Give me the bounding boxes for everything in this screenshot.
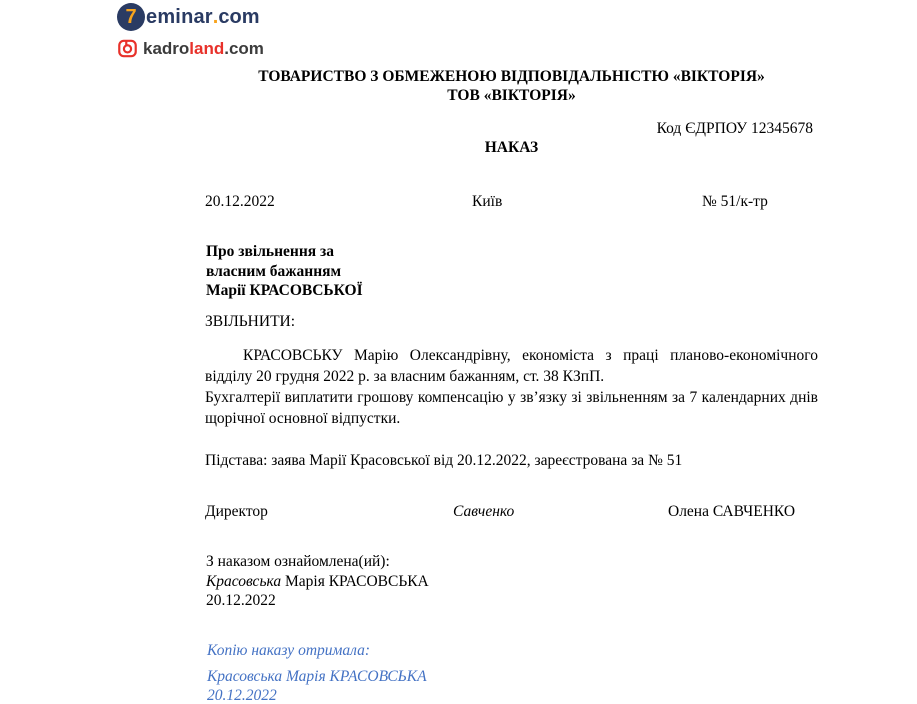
copy-receipt-name: Красовська Марія КРАСОВСЬКА	[207, 667, 427, 686]
kadroland-kadro: kadro	[143, 39, 189, 58]
signer-position: Директор	[205, 503, 268, 520]
signature-script: Савченко	[453, 502, 514, 521]
body-paragraph: Бухгалтерії виплатити грошову компенсаці…	[205, 387, 818, 429]
subject-line: Про звільнення за	[206, 242, 363, 262]
edrpou-code: Код ЄДРПОУ 12345678	[205, 119, 813, 138]
date-city-number-row: 20.12.2022 Київ № 51/к-тр	[205, 192, 818, 212]
acknowledgment-block: З наказом ознайомлена(ий): Красовська Ма…	[206, 552, 429, 611]
acknowledgment-signature-script: Красовська	[206, 573, 281, 590]
order-subject: Про звільнення за власним бажанням Марії…	[206, 242, 363, 301]
kadroland-dotcom: .com	[224, 39, 264, 58]
acknowledgment-label: З наказом ознайомлена(ий):	[206, 552, 429, 572]
company-full-name: ТОВАРИСТВО З ОБМЕЖЕНОЮ ВІДПОВІДАЛЬНІСТЮ …	[205, 67, 818, 86]
acknowledgment-date: 20.12.2022	[206, 591, 429, 611]
document-title: НАКАЗ	[205, 138, 818, 157]
order-city: Київ	[472, 192, 502, 211]
kadroland-land: land	[189, 39, 224, 58]
basis-line: Підстава: заява Марії Красовської від 20…	[205, 451, 682, 470]
subject-line: Марії КРАСОВСЬКОЇ	[206, 281, 363, 301]
acknowledgment-name-line: Красовська Марія КРАСОВСЬКА	[206, 572, 429, 592]
company-heading: ТОВАРИСТВО З ОБМЕЖЕНОЮ ВІДПОВІДАЛЬНІСТЮ …	[205, 67, 818, 105]
kadroland-logo-text: kadroland.com	[143, 39, 264, 59]
copy-receipt-block: Красовська Марія КРАСОВСЬКА 20.12.2022	[207, 667, 427, 704]
seminar-7-badge-icon: 7	[117, 3, 145, 31]
order-body: КРАСОВСЬКУ Марію Олександрівну, економіс…	[205, 345, 818, 429]
order-number: № 51/к-тр	[702, 192, 768, 211]
company-short-name: ТОВ «ВІКТОРІЯ»	[205, 86, 818, 105]
copy-receipt-date: 20.12.2022	[207, 686, 427, 704]
kadroland-house-at-icon	[117, 38, 138, 59]
directive-word: ЗВІЛЬНИТИ:	[205, 312, 295, 331]
subject-line: власним бажанням	[206, 262, 363, 282]
logo-kadroland[interactable]: kadroland.com	[117, 38, 264, 59]
acknowledgment-name: Марія КРАСОВСЬКА	[281, 573, 429, 590]
order-date: 20.12.2022	[205, 193, 275, 210]
signature-row: Директор Савченко Олена САВЧЕНКО	[205, 502, 818, 524]
document-page: 7 eminar . com kadroland.com ТОВАРИСТВО …	[0, 0, 917, 704]
seminar-logo-tld: com	[218, 6, 259, 29]
body-paragraph: КРАСОВСЬКУ Марію Олександрівну, економіс…	[205, 345, 818, 387]
signer-name: Олена САВЧЕНКО	[668, 502, 795, 521]
logo-7eminar[interactable]: 7 eminar . com	[117, 3, 259, 31]
seminar-logo-text: eminar	[146, 6, 213, 29]
copy-receipt-label: Копію наказу отримала:	[207, 641, 370, 660]
